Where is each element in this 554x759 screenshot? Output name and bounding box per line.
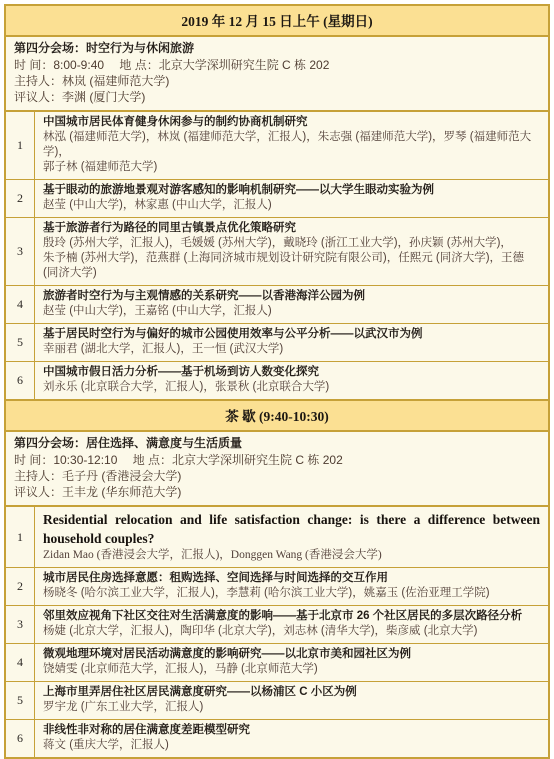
session-1-discussant: 评议人：李渊 (厦门大学) xyxy=(14,89,540,105)
session-2-title: 第四分会场：居住选择、满意度与生活质量 xyxy=(14,435,540,452)
paper-row: 6 中国城市假日活力分析——基于机场到访人数变化探究 刘永乐 (北京联合大学，汇… xyxy=(6,361,548,399)
paper-authors: 赵莹 (中山大学)，王嘉铭 (中山大学，汇报人) xyxy=(43,304,540,319)
paper-authors: Zidan Mao (香港浸会大学，汇报人)，Donggen Wang (香港浸… xyxy=(43,548,540,563)
session-2-host: 主持人：毛子丹 (香港浸会大学) xyxy=(14,468,540,484)
paper-title: 城市居民住房选择意愿：租购选择、空间选择与时间选择的交互作用 xyxy=(43,571,540,586)
paper-number: 6 xyxy=(6,362,35,399)
paper-number: 4 xyxy=(6,644,35,681)
paper-row: 2 基于眼动的旅游地景观对游客感知的影响机制研究——以大学生眼动实验为例 赵莹 … xyxy=(6,179,548,217)
paper-authors: 幸丽君 (湖北大学，汇报人)，王一恒 (武汉大学) xyxy=(43,342,540,357)
paper-authors: 林泓 (福建师范大学)，林岚 (福建师范大学，汇报人)，朱志强 (福建师范大学)… xyxy=(43,130,540,160)
paper-number: 4 xyxy=(6,286,35,323)
paper-row: 1 Residential relocation and life satisf… xyxy=(6,507,548,567)
date-header: 2019 年 12 月 15 日上午 (星期日) xyxy=(6,6,548,37)
paper-title: 邻里效应视角下社区交往对生活满意度的影响——基于北京市 26 个社区居民的多层次… xyxy=(43,609,540,624)
paper-authors: 赵莹 (中山大学)，林家惠 (中山大学，汇报人) xyxy=(43,198,540,213)
paper-authors: 杨晓冬 (哈尔滨工业大学，汇报人)，李慧莉 (哈尔滨工业大学)，姚嘉玉 (佐治亚… xyxy=(43,586,540,601)
paper-title: 微观地理环境对居民活动满意度的影响研究——以北京市美和园社区为例 xyxy=(43,647,540,662)
paper-row: 5 上海市里弄居住社区居民满意度研究——以杨浦区 C 小区为例 罗宇龙 (广东工… xyxy=(6,681,548,719)
session-1: 第四分会场：时空行为与休闲旅游 时 间：8:00-9:40 地 点：北京大学深圳… xyxy=(6,37,548,399)
paper-row: 1 中国城市居民体育健身休闲参与的制约协商机制研究 林泓 (福建师范大学)，林岚… xyxy=(6,112,548,179)
session-2-info: 第四分会场：居住选择、满意度与生活质量 时 间：10:30-12:10 地 点：… xyxy=(6,432,548,507)
paper-number: 2 xyxy=(6,180,35,217)
paper-title: 中国城市居民体育健身休闲参与的制约协商机制研究 xyxy=(43,115,540,130)
session-1-time-location: 时 间：8:00-9:40 地 点：北京大学深圳研究生院 C 栋 202 xyxy=(14,57,540,73)
paper-number: 3 xyxy=(6,606,35,643)
paper-row: 5 基于居民时空行为与偏好的城市公园使用效率与公平分析——以武汉市为例 幸丽君 … xyxy=(6,323,548,361)
paper-authors: 杨婕 (北京大学，汇报人)，陶印华 (北京大学)，刘志林 (清华大学)，柴彦威 … xyxy=(43,624,540,639)
session-2-time-location: 时 间：10:30-12:10 地 点：北京大学深圳研究生院 C 栋 202 xyxy=(14,452,540,468)
paper-title: 中国城市假日活力分析——基于机场到访人数变化探究 xyxy=(43,365,540,380)
paper-title: 旅游者时空行为与主观情感的关系研究——以香港海洋公园为例 xyxy=(43,289,540,304)
paper-title: 上海市里弄居住社区居民满意度研究——以杨浦区 C 小区为例 xyxy=(43,685,540,700)
paper-number: 5 xyxy=(6,324,35,361)
paper-row: 3 基于旅游者行为路径的同里古镇景点优化策略研究 殷玲 (苏州大学，汇报人)，毛… xyxy=(6,217,548,285)
paper-title: household couples? xyxy=(43,529,540,548)
paper-authors: 郭子林 (福建师范大学) xyxy=(43,160,540,175)
paper-row: 2 城市居民住房选择意愿：租购选择、空间选择与时间选择的交互作用 杨晓冬 (哈尔… xyxy=(6,567,548,605)
session-2: 第四分会场：居住选择、满意度与生活质量 时 间：10:30-12:10 地 点：… xyxy=(6,432,548,721)
paper-title: 基于眼动的旅游地景观对游客感知的影响机制研究——以大学生眼动实验为例 xyxy=(43,183,540,198)
paper-authors: 刘永乐 (北京联合大学，汇报人)，张景秋 (北京联合大学) xyxy=(43,380,540,395)
paper-title: 基于居民时空行为与偏好的城市公园使用效率与公平分析——以武汉市为例 xyxy=(43,327,540,342)
paper-row: 4 旅游者时空行为与主观情感的关系研究——以香港海洋公园为例 赵莹 (中山大学)… xyxy=(6,285,548,323)
session-2-discussant: 评议人：王丰龙 (华东师范大学) xyxy=(14,484,540,500)
paper-row: 4 微观地理环境对居民活动满意度的影响研究——以北京市美和园社区为例 饶婧雯 (… xyxy=(6,643,548,681)
conference-program-sheet: 2019 年 12 月 15 日上午 (星期日) 第四分会场：时空行为与休闲旅游… xyxy=(4,4,550,721)
paper-number: 1 xyxy=(6,507,35,567)
paper-number: 1 xyxy=(6,112,35,179)
paper-authors: 朱予楠 (苏州大学)，范燕群 (上海同济城市规划设计研究院有限公司)，任熙元 (… xyxy=(43,251,540,281)
paper-authors: 罗宇龙 (广东工业大学，汇报人) xyxy=(43,700,540,715)
paper-authors: 饶婧雯 (北京师范大学，汇报人)，马静 (北京师范大学) xyxy=(43,662,540,677)
paper-title: 基于旅游者行为路径的同里古镇景点优化策略研究 xyxy=(43,221,540,236)
paper-row: 3 邻里效应视角下社区交往对生活满意度的影响——基于北京市 26 个社区居民的多… xyxy=(6,605,548,643)
paper-number: 2 xyxy=(6,568,35,605)
tea-break-banner: 茶 歇 (9:40-10:30) xyxy=(6,399,548,432)
session-1-title: 第四分会场：时空行为与休闲旅游 xyxy=(14,40,540,57)
session-1-host: 主持人：林岚 (福建师范大学) xyxy=(14,73,540,89)
paper-title: Residential relocation and life satisfac… xyxy=(43,510,540,529)
session-1-info: 第四分会场：时空行为与休闲旅游 时 间：8:00-9:40 地 点：北京大学深圳… xyxy=(6,37,548,112)
paper-number: 3 xyxy=(6,218,35,285)
paper-number: 5 xyxy=(6,682,35,719)
paper-authors: 殷玲 (苏州大学，汇报人)，毛媛媛 (苏州大学)，戴晓玲 (浙江工业大学)，孙庆… xyxy=(43,236,540,251)
